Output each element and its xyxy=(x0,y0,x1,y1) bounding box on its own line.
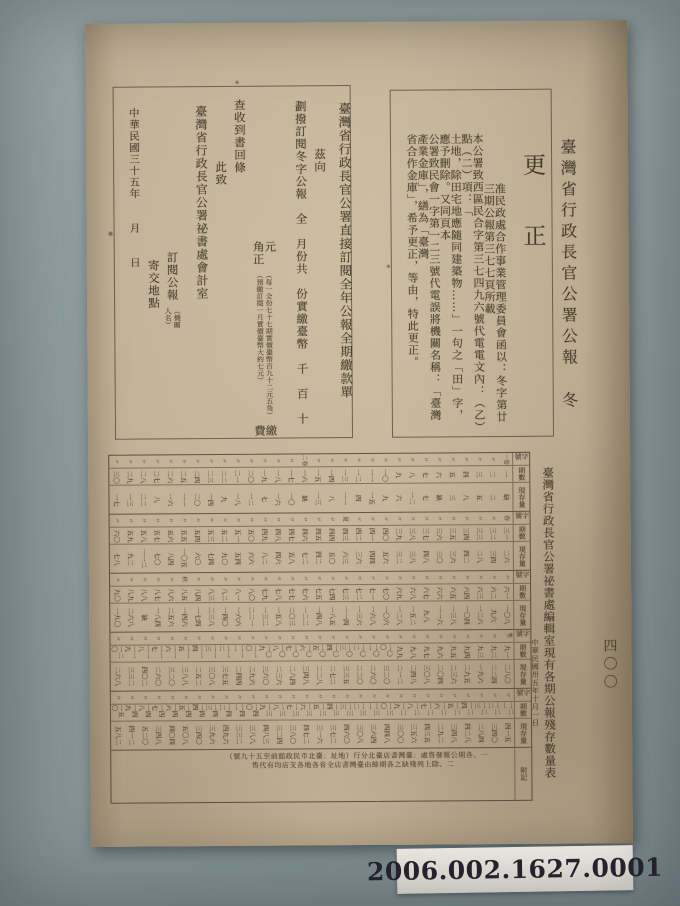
table-cell: 〃 xyxy=(473,630,487,642)
table-cell: 六六 xyxy=(432,584,446,600)
subscription-title: 臺灣省行政長官公署直接訂閱全年公報全期繳款單 xyxy=(325,90,352,433)
table-cell: 五六 xyxy=(163,527,177,543)
table-cell: 〃 xyxy=(190,573,204,585)
table-cell: 二六〇 xyxy=(151,662,165,690)
table-cell: 一〇〇 xyxy=(379,644,393,660)
table-cell: 〃 xyxy=(109,456,123,468)
table-cell: 三五 xyxy=(445,525,459,541)
table-cell: 四八 xyxy=(271,527,285,543)
table-cell: 一四 xyxy=(203,485,217,513)
table-cell: 二二〇 xyxy=(352,661,366,689)
table-cell: 五二 xyxy=(217,527,231,543)
table-cell: 一三六 xyxy=(352,602,366,630)
table-cell: 〃 xyxy=(392,631,406,643)
table-cell: 九八 xyxy=(406,644,420,660)
table-cell: 〃 xyxy=(418,453,432,465)
table-cell: 一二〇 xyxy=(110,646,124,662)
table-cell: 〃 xyxy=(150,573,164,585)
inventory-table-title: 臺灣省行政長官公署祕書處編輯室現有各期公報殘存數量表 xyxy=(540,467,558,779)
table-cell: 三四八 xyxy=(299,661,313,689)
table-cell: 四七二 xyxy=(299,720,313,748)
table-cell: 六〇 xyxy=(190,544,204,572)
table-cell: 〃 xyxy=(445,453,459,465)
table-cell: 八 xyxy=(405,467,419,483)
table-cell: 一三五 xyxy=(312,703,326,719)
table-cell: 一九〇 xyxy=(110,604,124,632)
table-cell: 〃 xyxy=(311,454,325,466)
addressee: 臺灣省行政長官公署祕書處會計室 xyxy=(184,91,209,434)
table-cell: 〃 xyxy=(446,630,460,642)
table-cell: 〃 xyxy=(433,689,447,701)
table-cell: 〃 xyxy=(272,632,286,644)
table-cell: 一四六 xyxy=(177,603,191,631)
table-cell: 一三 xyxy=(311,484,325,512)
table-cell: 一二五 xyxy=(447,702,461,718)
table-cell: 四二八 xyxy=(460,719,474,747)
column-header: 現存量 xyxy=(513,542,530,570)
table-cell: 七 xyxy=(418,466,432,482)
table-cell: 四四 xyxy=(365,543,379,571)
table-cell: 〃 xyxy=(500,689,514,701)
table-cell: 一九 xyxy=(257,468,271,484)
table-cell: 一一 xyxy=(176,485,190,513)
table-cell: 三四〇 xyxy=(192,721,206,749)
table-cell: 三四 xyxy=(486,542,500,570)
table-cell: 四九六 xyxy=(218,721,232,749)
table-cell: 〃 xyxy=(458,453,472,465)
table-cell: 六一 xyxy=(500,584,514,600)
table-cell: 二一二 xyxy=(393,661,407,689)
table-cell: 一一五 xyxy=(178,645,192,661)
table-cell: 二〇 xyxy=(190,485,204,513)
table-cell: 五〇 xyxy=(325,543,339,571)
table-cell: 六二 xyxy=(486,584,500,600)
table-cell: 〃 xyxy=(164,573,178,585)
table-cell: 一一〇 xyxy=(245,645,259,661)
table-cell: 一二八 xyxy=(392,602,406,630)
table-cell: 夏 xyxy=(338,513,352,525)
table-band: 字號一卷〃〃〃〃〃〃〃〃〃〃〃〃〃〃二卷〃〃〃〃〃〃〃〃〃〃〃〃〃〃期數一二三四… xyxy=(109,453,529,515)
table-cell: 三八 xyxy=(405,543,419,571)
table-cell: 八五 xyxy=(177,586,191,602)
table-cell: 三〇八 xyxy=(353,720,367,748)
table-cell: 缺 xyxy=(297,484,311,512)
paper-speck xyxy=(236,81,239,84)
table-cell: 四一二 xyxy=(124,722,138,750)
table-cell: 〃 xyxy=(419,630,433,642)
subscriber-column: 訂閱公報 （機關 人名） xyxy=(158,91,186,434)
table-cell: 三 xyxy=(472,466,486,482)
table-cell: 〃 xyxy=(231,632,245,644)
table-cell: 七二 xyxy=(298,543,312,571)
table-cell: 〃 xyxy=(176,455,190,467)
table-cell: 二七 xyxy=(149,468,163,484)
note-line: 售代有均店支各地各省全店書灣臺由餘期各之缺殘列上除、二 xyxy=(117,761,488,773)
table-cell: 〃 xyxy=(500,571,514,583)
table-cell: 九〇 xyxy=(217,544,231,572)
table-cell: 〃 xyxy=(447,689,461,701)
table-cell: 二八四 xyxy=(474,719,488,747)
table-cell: 一四六 xyxy=(165,704,179,720)
table-cell: 四三 xyxy=(338,526,352,542)
table-cell: 一四八 xyxy=(138,704,152,720)
catalog-label: 2006.002.1627.0001 xyxy=(397,845,634,894)
table-cell: 〃 xyxy=(285,572,299,584)
table-cell: 〃 xyxy=(299,690,313,702)
column-header: 期數 xyxy=(513,643,530,659)
table-cell: 一三八 xyxy=(272,704,286,720)
table-cell: 〃 xyxy=(244,514,258,526)
catalog-number: 2006.002.1627.0001 xyxy=(367,853,663,887)
table-cell: 一四五 xyxy=(178,704,192,720)
table-cell: 〃 xyxy=(325,631,339,643)
subscription-order-line: 劃撥訂閱冬字公報 全 月份共 份實繳臺幣 千 百 十 xyxy=(281,90,308,433)
table-cell: 五〇八 xyxy=(178,721,192,749)
correction-body: 准民政處合作事業管理委員會函以：冬字第廿三期公報第三七七頁所載本公署致西區民合字… xyxy=(393,95,507,432)
gazette-page: 臺灣省行政長官公署公報冬 四〇〇 更正 准民政處合作事業管理委員會函以：冬字第廿… xyxy=(85,20,633,847)
table-cell: 九 xyxy=(217,485,231,513)
table-cell: 九二 xyxy=(123,545,137,573)
table-cell: 〃 xyxy=(191,691,205,703)
table-cell: 七九 xyxy=(258,586,272,602)
table-cell: 〃 xyxy=(137,573,151,585)
table-cell: 〃 xyxy=(178,691,192,703)
table-cell: 一八 xyxy=(230,485,244,513)
table-cell: 二三六 xyxy=(446,660,460,688)
table-cell: 一二六 xyxy=(473,601,487,629)
table-cell: 五一 xyxy=(230,527,244,543)
table-cell: 三四 xyxy=(459,525,473,541)
table-cell: 〃 xyxy=(257,455,271,467)
table-cell: 六七 xyxy=(419,584,433,600)
table-cell: 〃 xyxy=(111,692,125,704)
table-cell: 三六〇 xyxy=(258,662,272,690)
table-cell: 〃 xyxy=(338,572,352,584)
table-cell: 〃 xyxy=(258,632,272,644)
table-cell: 六三 xyxy=(473,584,487,600)
table-cell: 三七五 xyxy=(218,662,232,690)
table-cell: 〃 xyxy=(379,631,393,643)
table-cell: 二二一 xyxy=(244,603,258,631)
table-cell: 一一九 xyxy=(124,646,138,662)
table-cell: 〃 xyxy=(351,513,365,525)
price-note-full-set: （每一全份七十七期實價臺幣百九十二元五角） xyxy=(265,272,273,419)
table-cell: 〃 xyxy=(258,573,272,585)
table-cell: 二二 xyxy=(136,485,150,513)
table-cell: 一四〇 xyxy=(245,704,259,720)
table-cell: 〃 xyxy=(378,454,392,466)
column-header: 字號 xyxy=(514,689,531,701)
table-cell: 二一 xyxy=(230,468,244,484)
table-cell: 〃 xyxy=(150,514,164,526)
table-cell: 五三 xyxy=(204,527,218,543)
table-cell: 一二四 xyxy=(460,702,474,718)
table-cell: 三〇八 xyxy=(420,660,434,688)
table-cell: 一五 xyxy=(311,467,325,483)
table-cell: 〃 xyxy=(232,691,246,703)
table-cell: 一二九 xyxy=(393,703,407,719)
table-cell: 一二一 xyxy=(500,702,514,718)
table-cell: 三六 xyxy=(446,542,460,570)
table-cell: 一〇一 xyxy=(366,644,380,660)
table-cell: 〃 xyxy=(164,632,178,644)
date-line: 中華民國三十五年 月 日 xyxy=(116,92,141,435)
subscriber-note-name: 人名） xyxy=(164,307,171,328)
table-cell: 一〇 xyxy=(284,484,298,512)
table-cell: 〃 xyxy=(486,512,500,524)
table-cell: 二卷 xyxy=(297,454,311,466)
column-header: 字號 xyxy=(512,453,529,465)
table-cell: 〃 xyxy=(136,514,150,526)
table-cell: 秋 xyxy=(177,573,191,585)
table-cell: 九 xyxy=(378,484,392,512)
table-cell: 一八 xyxy=(270,468,284,484)
table-cell: 〃 xyxy=(190,514,204,526)
table-cell: 九〇 xyxy=(110,587,124,603)
table-cell: 〃 xyxy=(432,571,446,583)
table-cell: 二四八 xyxy=(406,661,420,689)
table-cell: 一二三 xyxy=(474,702,488,718)
table-cell: 二三 xyxy=(203,468,217,484)
table-cell: 一二八 xyxy=(406,703,420,719)
table-cell: 二六〇 xyxy=(366,661,380,689)
table-cell: 二二四 xyxy=(487,660,501,688)
table-cell: 〃 xyxy=(217,573,231,585)
table-cell: 九二 xyxy=(487,643,501,659)
table-cell: 一七 xyxy=(109,486,123,514)
table-cell: 一〇九 xyxy=(258,645,272,661)
table-cell: 三八〇 xyxy=(286,720,300,748)
table-cell: 九五 xyxy=(446,643,460,659)
table-cell: 一一四 xyxy=(338,602,352,630)
table-cell: 一一三 xyxy=(204,645,218,661)
table-cell: 一三〇 xyxy=(380,703,394,719)
table-cell: 〃 xyxy=(245,632,259,644)
table-cell: 七〇 xyxy=(150,544,164,572)
table-cell: 一〇四 xyxy=(459,601,473,629)
table-cell: 四二 xyxy=(351,526,365,542)
table-notes-row: 附記（號九十五至前舘政民市北臺：址地）行分北臺店書灣臺：處售發報公期各、一售代有… xyxy=(111,748,531,803)
table-cell: 二 xyxy=(485,483,499,511)
table-cell: 三一 xyxy=(499,525,513,541)
table-cell: 〃 xyxy=(284,454,298,466)
table-cell: 〃 xyxy=(271,573,285,585)
column-header: 期數 xyxy=(513,584,530,600)
table-cell: 三二四 xyxy=(272,721,286,749)
table-cell: 〃 xyxy=(393,690,407,702)
table-cell: 五二〇 xyxy=(138,721,152,749)
table-cell: 一二六 xyxy=(433,702,447,718)
table-cell: 〃 xyxy=(218,691,232,703)
table-cell: 一二 xyxy=(405,484,419,512)
table-cell: 一一二 xyxy=(218,645,232,661)
table-cell: 〃 xyxy=(217,514,231,526)
table-cell: 〃 xyxy=(486,571,500,583)
table-cell: 〃 xyxy=(460,630,474,642)
table-cell: 〃 xyxy=(337,454,351,466)
table-cell: 三五六 xyxy=(406,720,420,748)
table-cell: 四四 xyxy=(325,526,339,542)
table-cell: 四六〇 xyxy=(339,720,353,748)
table-cell: 四六 xyxy=(271,544,285,572)
table-cell: 四〇 xyxy=(378,526,392,542)
table-cell: 三〇八 xyxy=(205,662,219,690)
column-header: 期數 xyxy=(514,702,531,718)
table-cell: 二三六 xyxy=(272,662,286,690)
table-cell: 〃 xyxy=(270,455,284,467)
correction-title: 更正 xyxy=(505,95,551,431)
table-cell: 〃 xyxy=(406,631,420,643)
table-cell: 〃 xyxy=(312,631,326,643)
table-cell: 四八三 xyxy=(259,721,273,749)
table-cell: 八六 xyxy=(164,586,178,602)
table-cell: 〃 xyxy=(326,690,340,702)
table-cell: 〃 xyxy=(460,689,474,701)
table-cell: 〃 xyxy=(124,692,138,704)
table-cell: 二三八 xyxy=(204,603,218,631)
table-cell: 〃 xyxy=(472,453,486,465)
table-cell: 一七四 xyxy=(191,603,205,631)
table-cell: 缺 xyxy=(432,483,446,511)
table-cell: 〃 xyxy=(446,571,460,583)
table-cell: 二八 xyxy=(472,542,486,570)
table-cell: 〃 xyxy=(136,455,150,467)
column-header: 字號 xyxy=(513,571,530,583)
table-cell: 四七 xyxy=(284,526,298,542)
table-cell: 八〇 xyxy=(244,586,258,602)
table-band: 字號〃〃〃〃〃〃〃〃〃〃〃〃〃〃〃〃〃〃〃〃〃〃〃〃〃〃〃〃〃〃期數九一九二九三… xyxy=(110,630,530,692)
table-cell: 七四 xyxy=(204,544,218,572)
table-row: 現存量缺二五八三缺七一二六九一五四一一八一三缺一〇一六七一二一八九一四二〇一一一… xyxy=(109,483,529,515)
table-cell: 五六 xyxy=(378,543,392,571)
table-cell: 〃 xyxy=(324,513,338,525)
table-cell: 二九 xyxy=(123,469,137,485)
table-cell: 三四八 xyxy=(151,721,165,749)
table-cell: 〃 xyxy=(379,690,393,702)
table-cell: 八 xyxy=(324,484,338,512)
table-cell: 二八四 xyxy=(285,661,299,689)
table-cell: 六〇 xyxy=(110,528,124,544)
table-cell: 二五六 xyxy=(164,603,178,631)
table-cell: 一〇八 xyxy=(272,645,286,661)
table-cell: 〃 xyxy=(204,573,218,585)
table-cell: 一五〇 xyxy=(111,705,125,721)
table-cell: 〃 xyxy=(487,630,501,642)
gazette-title: 臺灣省行政長官公署公報 xyxy=(558,138,579,369)
table-cell: 五九 xyxy=(123,528,137,544)
table-cell: 一八五 xyxy=(325,602,339,630)
table-cell: 一五 xyxy=(365,484,379,512)
table-cell: 〃 xyxy=(365,572,379,584)
archive-photo: 臺灣省行政長官公署公報冬 四〇〇 更正 准民政處合作事業管理委員會函以：冬字第廿… xyxy=(0,0,680,906)
table-cell: 〃 xyxy=(379,572,393,584)
table-cell: 九一 xyxy=(500,643,514,659)
table-cell: 九七 xyxy=(419,643,433,659)
table-cell: 〃 xyxy=(418,512,432,524)
table-cell: 一〇七 xyxy=(285,644,299,660)
table-cell: 〃 xyxy=(122,456,136,468)
table-cell: 三三二 xyxy=(124,663,138,691)
table-cell: 〃 xyxy=(324,454,338,466)
table-cell: 一二七 xyxy=(420,702,434,718)
table-cell: 二〇 xyxy=(243,468,257,484)
table-cell: 二六八 xyxy=(110,663,124,691)
table-cell: 〃 xyxy=(123,515,137,527)
table-cell: 〃 xyxy=(218,632,232,644)
table-cell: 一〇八 xyxy=(500,601,514,629)
table-row: 現存量四一五三四〇二八四四二八三四八二九二四三五三五六三〇〇四四八三六四三〇八四… xyxy=(111,719,531,751)
table-cell: 九 xyxy=(391,467,405,483)
table-cell: 六四 xyxy=(459,584,473,600)
table-cell: 一一六 xyxy=(164,645,178,661)
table-cell: 〃 xyxy=(353,690,367,702)
table-cell: 一八四 xyxy=(150,603,164,631)
table-cell: 四 xyxy=(351,484,365,512)
table-cell: 〃 xyxy=(365,513,379,525)
table-cell: 〃 xyxy=(432,512,446,524)
table-cell: 〃 xyxy=(110,574,124,586)
table-cell: 七六 xyxy=(298,585,312,601)
table-cell: 〃 xyxy=(406,690,420,702)
column-header: 現存量 xyxy=(512,483,529,511)
table-cell: 〃 xyxy=(231,573,245,585)
table-cell: 〃 xyxy=(473,689,487,701)
column-header: 字號 xyxy=(513,512,530,524)
table-cell: 一〇三 xyxy=(339,644,353,660)
table-cell: 六 xyxy=(432,466,446,482)
table-cell: 一六 xyxy=(163,485,177,513)
table-cell: 一 xyxy=(499,466,513,482)
table-cell: 二八 xyxy=(136,468,150,484)
inventory-table: 字號一卷〃〃〃〃〃〃〃〃〃〃〃〃〃〃二卷〃〃〃〃〃〃〃〃〃〃〃〃〃〃期數一二三四… xyxy=(108,452,532,804)
table-cell: 二二 xyxy=(217,468,231,484)
table-cell: 三九 xyxy=(392,526,406,542)
table-cell: 二二八 xyxy=(312,661,326,689)
table-cell: 一五二 xyxy=(406,602,420,630)
table-cell: 一六八 xyxy=(365,602,379,630)
table-cell: 一七 xyxy=(284,467,298,483)
subscription-opening: 茲向 xyxy=(306,90,327,433)
table-cell: 〃 xyxy=(284,513,298,525)
table-cell: 三四八 xyxy=(447,719,461,747)
table-cell: 二四四 xyxy=(231,662,245,690)
table-cell: 九八 xyxy=(419,601,433,629)
table-cell: 八二 xyxy=(257,544,271,572)
table-cell: 一〇 xyxy=(378,467,392,483)
table-cell: 八 xyxy=(150,485,164,513)
table-cell: 三九六 xyxy=(205,721,219,749)
table-cell: 三七 xyxy=(419,525,433,541)
table-cell: 六六 xyxy=(244,544,258,572)
notes-text: （號九十五至前舘政民市北臺：址地）行分北臺店書灣臺：處售發報公期各、一售代有均店… xyxy=(111,748,514,803)
table-cell: 〃 xyxy=(311,513,325,525)
table-cell: 七八 xyxy=(271,586,285,602)
table-cell: 八二 xyxy=(217,586,231,602)
column-header: 字號 xyxy=(513,630,530,642)
table-cell: 二六 xyxy=(163,468,177,484)
table-cell: 〃 xyxy=(391,454,405,466)
table-cell: 三七二 xyxy=(326,720,340,748)
table-cell: 三二 xyxy=(392,543,406,571)
table-cell: 〃 xyxy=(364,454,378,466)
table-cell: 〃 xyxy=(312,690,326,702)
table-band: 字號〃〃〃〃〃〃〃〃〃〃〃〃〃〃〃〃〃〃〃〃〃〃〃〃〃〃〃〃〃〃期數一二一一二二… xyxy=(111,689,531,751)
table-cell: 〃 xyxy=(149,455,163,467)
price-note-monthly: （預繳訂閱一月實價臺幣大約七元） xyxy=(256,272,264,419)
table-row: 現存量二八〇二二四一九六二九五二三六二〇四三〇八二四八二一二三二〇二六〇二二〇三… xyxy=(111,660,531,692)
table-cell: 一二 xyxy=(351,467,365,483)
table-cell: 一四九 xyxy=(124,705,138,721)
